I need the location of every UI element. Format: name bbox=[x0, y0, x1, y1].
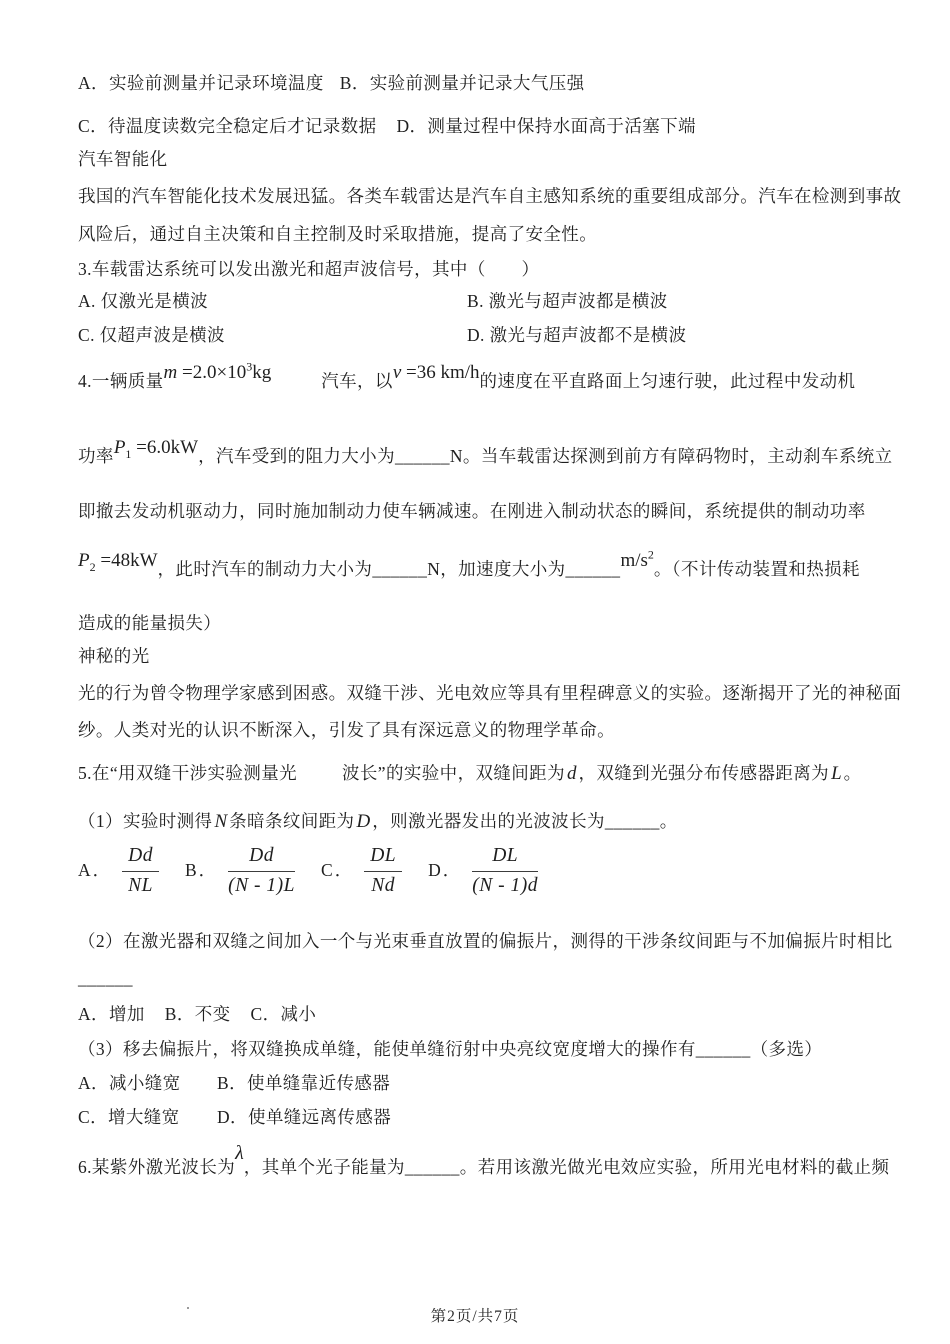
option-b-label: B． bbox=[185, 860, 218, 882]
car-intro-line1: 我国的汽车智能化技术发展迅猛。各类车载雷达是汽车自主感知系统的重要组成部分。汽车… bbox=[78, 186, 901, 208]
option-c: C．待温度读数完全稳定后才记录数据 bbox=[78, 116, 376, 136]
paragraph-text: 我国的汽车智能化技术发展迅猛。各类车载雷达是汽车自主感知系统的重要组成部分。汽车… bbox=[78, 186, 901, 206]
math-value: =36 km/h bbox=[401, 362, 479, 383]
question-text: ，双缝到光强分布传感器距离为 bbox=[578, 763, 829, 783]
fraction-denominator: Nd bbox=[364, 872, 402, 898]
fraction-denominator: (N - 1)L bbox=[228, 872, 295, 898]
q5-sub2-stem: （2）在激光器和双缝之间加入一个与光束垂直放置的偏振片，测得的干涉条纹间距与不加… bbox=[78, 931, 893, 953]
option-a-label: A． bbox=[78, 860, 112, 882]
exam-page: { "prev_q": { "optA": "A．实验前测量并记录环境温度", … bbox=[0, 0, 950, 1344]
question-text: 即撤去发动机驱动力，同时施加制动力使车辆减速。在刚进入制动状态的瞬间，系统提供的… bbox=[78, 501, 866, 521]
option-a: A．增加 bbox=[78, 1004, 145, 1024]
equation-power-p2: P2 =48kW bbox=[78, 550, 158, 571]
question-text: 条暗条纹间距为 bbox=[229, 811, 354, 831]
option-b: B．使单缝靠近传感器 bbox=[217, 1073, 390, 1095]
q3-options-cd: C. 仅超声波是横波 D. 激光与超声波都不是横波 bbox=[78, 325, 225, 347]
question-text: ，汽车受到的阻力大小为______N。当车载雷达探测到前方有障码物时，主动刹车系… bbox=[198, 446, 892, 466]
q5-sub3-options-cd: C．增大缝宽 D．使单缝远离传感器 bbox=[78, 1107, 180, 1129]
q5-sub3-stem: （3）移去偏振片，将双缝换成单缝，能使单缝衍射中央亮纹宽度增大的操作有_____… bbox=[78, 1039, 822, 1061]
option-a: A. 仅激光是横波 bbox=[78, 291, 208, 311]
question-text: 波长”的实验中，双缝间距为 bbox=[342, 763, 565, 783]
question-text: （2）在激光器和双缝之间加入一个与光束垂直放置的偏振片，测得的干涉条纹间距与不加… bbox=[78, 931, 893, 951]
q4-line4: P2 =48kW，此时汽车的制动力大小为______N，加速度大小为______… bbox=[78, 558, 860, 582]
q5-sub1-options: A． DdNL B． Dd(N - 1)L C． DLNd D． DL(N - … bbox=[78, 840, 564, 902]
question-text: ，其单个光子能量为______。若用该激光做光电效应实验，所用光电材料的截止频 bbox=[244, 1157, 890, 1177]
paragraph-text: 纱。人类对光的认识不断深入，引发了具有深远意义的物理学革命。 bbox=[78, 720, 615, 740]
math-var-lambda: λ bbox=[235, 1142, 244, 1164]
fraction-numerator: Dd bbox=[228, 844, 295, 871]
question-text: 造成的能量损失） bbox=[78, 613, 221, 633]
math-value: =48kW bbox=[96, 550, 158, 571]
math-value: =6.0kW bbox=[131, 437, 198, 458]
math-var-D: D bbox=[354, 811, 372, 832]
section-title-light: 神秘的光 bbox=[78, 646, 150, 668]
q3-stem: 3.车载雷达系统可以发出激光和超声波信号，其中（ ） bbox=[78, 259, 539, 281]
math-var-L: L bbox=[829, 763, 844, 784]
math-var-p: P bbox=[78, 550, 90, 571]
math-var-m: m bbox=[164, 362, 178, 383]
scan-speck-artifact bbox=[187, 1307, 189, 1309]
lambda-symbol: λ bbox=[235, 1142, 244, 1164]
question-text: 。（不计传动装置和热损耗 bbox=[654, 559, 860, 579]
q6-stem: 6.某紫外激光波长为λ，其单个光子能量为______。若用该激光做光电效应实验，… bbox=[78, 1155, 889, 1180]
q5-sub2-blank: ______ bbox=[78, 968, 133, 990]
equation-speed: v =36 km/h bbox=[393, 362, 480, 383]
q5-sub1-stem: （1）实验时测得N条暗条纹间距为D，则激光器发出的光波波长为______。 bbox=[78, 810, 678, 834]
option-d: D. 激光与超声波都不是横波 bbox=[467, 325, 687, 347]
question-text: 6.某紫外激光波长为 bbox=[78, 1157, 235, 1177]
math-unit: kg bbox=[252, 362, 271, 383]
option-d: D．测量过程中保持水面高于活塞下端 bbox=[396, 116, 695, 136]
paragraph-text: 光的行为曾令物理学家感到困惑。双缝干涉、光电效应等具有里程碑意义的实验。逐渐揭开… bbox=[78, 683, 901, 703]
math-unit: m/s bbox=[620, 550, 647, 571]
question-text: ，此时汽车的制动力大小为______N，加速度大小为______ bbox=[158, 559, 621, 579]
fraction-denominator: (N - 1)d bbox=[472, 872, 538, 898]
question-text: 功率 bbox=[78, 446, 114, 466]
option-c: C．增大缝宽 bbox=[78, 1107, 180, 1127]
equation-mass: m =2.0×103kg bbox=[164, 362, 272, 383]
option-d: D．使单缝远离传感器 bbox=[217, 1107, 391, 1129]
math-var-p: P bbox=[114, 437, 126, 458]
equation-accel-unit: m/s2 bbox=[620, 550, 653, 571]
math-value: =2.0×10 bbox=[177, 362, 246, 383]
question-text: 。 bbox=[844, 763, 862, 783]
answer-blank: ______ bbox=[78, 968, 133, 988]
page-footer: 第2页/共7页 bbox=[0, 1304, 950, 1326]
option-b: B．不变 bbox=[165, 1004, 231, 1024]
fraction-d: DL(N - 1)d bbox=[472, 844, 538, 898]
light-intro-line1: 光的行为曾令物理学家感到困惑。双缝干涉、光电效应等具有里程碑意义的实验。逐渐揭开… bbox=[78, 683, 901, 705]
math-var-N: N bbox=[212, 811, 229, 832]
fraction-numerator: Dd bbox=[122, 844, 159, 871]
q5-stem: 5.在“用双缝干涉实验测量光波长”的实验中，双缝间距为d，双缝到光强分布传感器距… bbox=[78, 762, 862, 786]
fraction-denominator: NL bbox=[122, 872, 159, 898]
math-var-v: v bbox=[393, 362, 401, 383]
q5-sub3-options-ab: A．减小缝宽 B．使单缝靠近传感器 bbox=[78, 1073, 181, 1095]
question-text: 3.车载雷达系统可以发出激光和超声波信号，其中（ ） bbox=[78, 259, 539, 279]
question-text: 的速度在平直路面上匀速行驶，此过程中发动机 bbox=[480, 371, 856, 391]
option-b: B．实验前测量并记录大气压强 bbox=[340, 73, 585, 93]
option-c-label: C． bbox=[321, 860, 354, 882]
option-a: A．实验前测量并记录环境温度 bbox=[78, 73, 324, 93]
question-text: 4.一辆质量 bbox=[78, 371, 164, 391]
light-intro-line2: 纱。人类对光的认识不断深入，引发了具有深远意义的物理学革命。 bbox=[78, 720, 615, 742]
option-c: C．减小 bbox=[251, 1004, 317, 1024]
fraction-numerator: DL bbox=[472, 844, 538, 871]
math-exponent: 2 bbox=[648, 548, 654, 562]
question-text: 5.在“用双缝干涉实验测量光 bbox=[78, 763, 297, 783]
question-text: 汽车，以 bbox=[321, 371, 393, 391]
question-text: ，则激光器发出的光波波长为______。 bbox=[372, 811, 678, 831]
fraction-numerator: DL bbox=[364, 844, 402, 871]
question-text: （3）移去偏振片，将双缝换成单缝，能使单缝衍射中央亮纹宽度增大的操作有_____… bbox=[78, 1039, 822, 1059]
option-d-label: D． bbox=[428, 860, 462, 882]
question-text: （1）实验时测得 bbox=[78, 811, 212, 831]
option-a: A．减小缝宽 bbox=[78, 1073, 181, 1093]
q4-line2: 功率P1 =6.0kW，汽车受到的阻力大小为______N。当车载雷达探测到前方… bbox=[78, 445, 893, 469]
option-c: C. 仅超声波是横波 bbox=[78, 325, 225, 345]
car-intro-line2: 风险后，通过自主决策和自主控制及时采取措施，提高了安全性。 bbox=[78, 224, 597, 246]
q4-line3: 即撤去发动机驱动力，同时施加制动力使车辆减速。在刚进入制动状态的瞬间，系统提供的… bbox=[78, 501, 866, 523]
page-number: 第2页/共7页 bbox=[431, 1308, 520, 1325]
fraction-a: DdNL bbox=[122, 844, 159, 898]
q4-line1: 4.一辆质量m =2.0×103kg汽车，以v =36 km/h的速度在平直路面… bbox=[78, 370, 855, 394]
option-b: B. 激光与超声波都是横波 bbox=[467, 291, 668, 313]
q3-options-ab: A. 仅激光是横波 B. 激光与超声波都是横波 bbox=[78, 291, 208, 313]
fraction-b: Dd(N - 1)L bbox=[228, 844, 295, 898]
prev-question-options-cd: C．待温度读数完全稳定后才记录数据D．测量过程中保持水面高于活塞下端 bbox=[78, 116, 696, 138]
q5-sub2-options: A．增加B．不变C．减小 bbox=[78, 1004, 316, 1026]
math-var-d: d bbox=[565, 763, 579, 784]
prev-question-options-ab: A．实验前测量并记录环境温度B．实验前测量并记录大气压强 bbox=[78, 73, 585, 95]
paragraph-text: 风险后，通过自主决策和自主控制及时采取措施，提高了安全性。 bbox=[78, 224, 597, 244]
section-title-car: 汽车智能化 bbox=[78, 149, 168, 171]
fraction-c: DLNd bbox=[364, 844, 402, 898]
q4-line5: 造成的能量损失） bbox=[78, 613, 221, 635]
equation-power-p1: P1 =6.0kW bbox=[114, 437, 198, 458]
section-title-text: 神秘的光 bbox=[78, 646, 150, 666]
section-title-text: 汽车智能化 bbox=[78, 149, 168, 169]
